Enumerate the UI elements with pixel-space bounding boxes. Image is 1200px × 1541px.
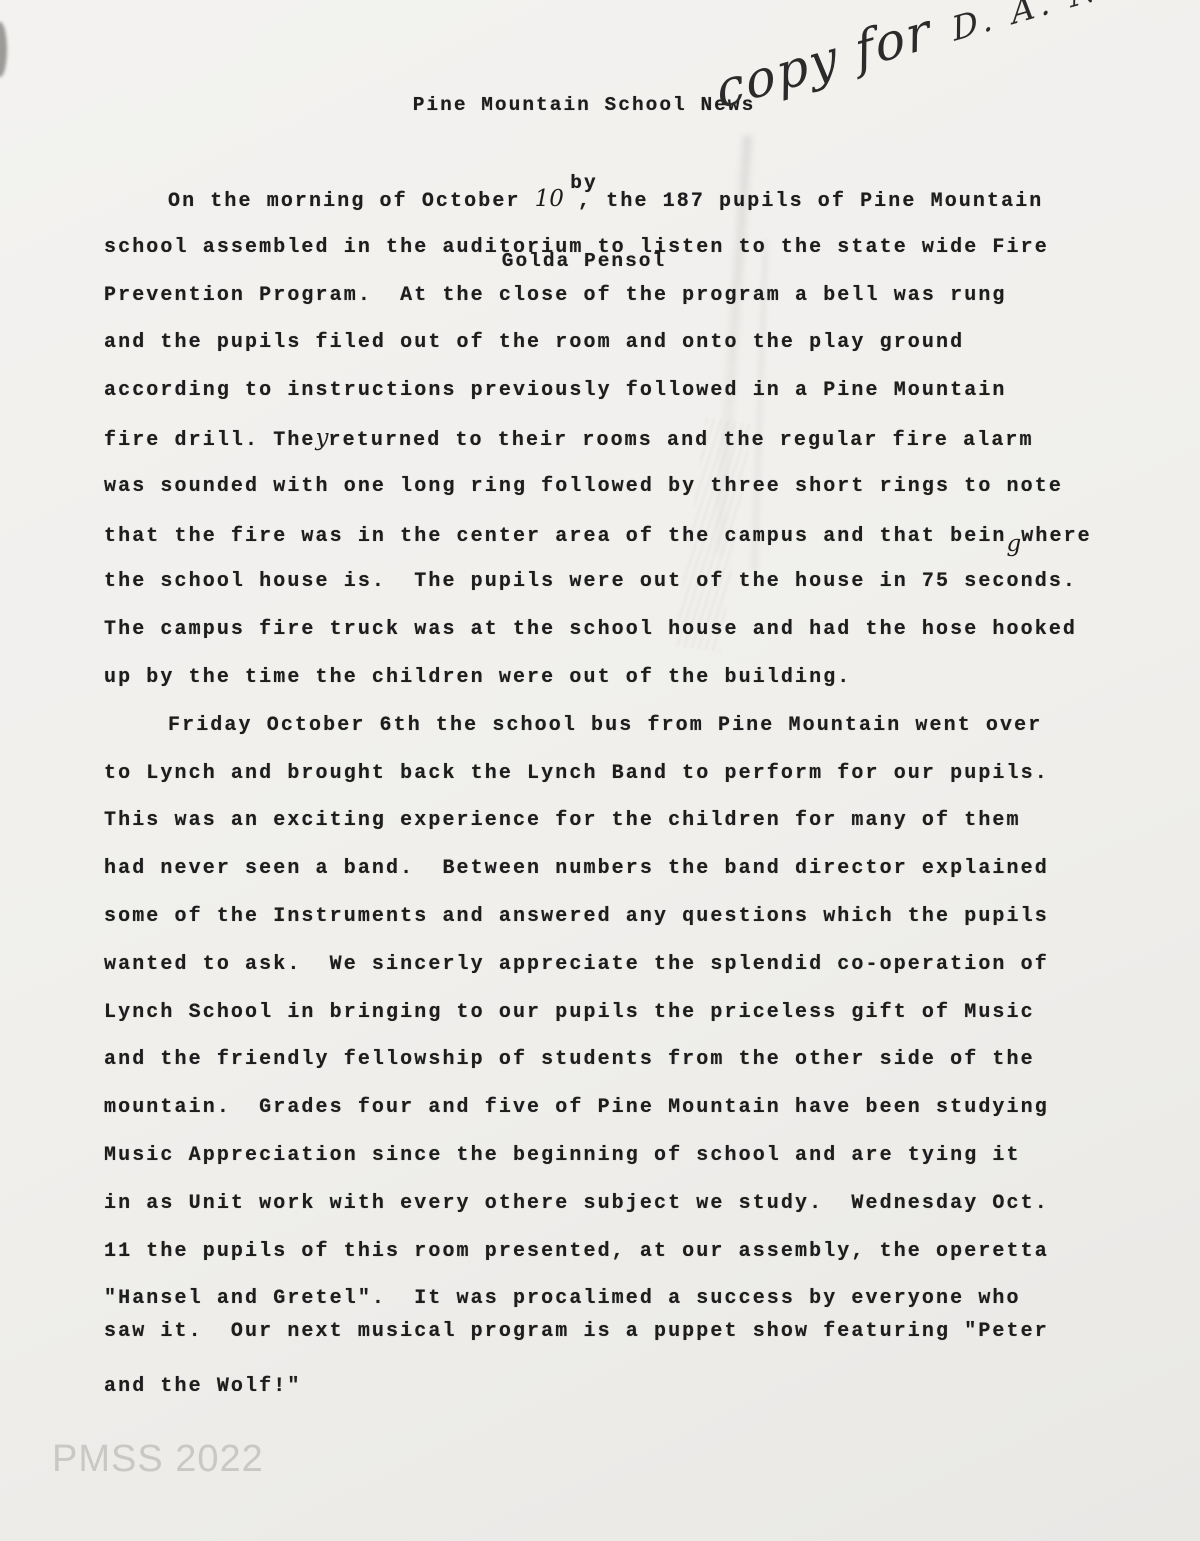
typed-line: and the friendly fellowship of students …: [104, 1036, 1164, 1084]
typed-text: and the Wolf!": [104, 1375, 301, 1398]
typed-text: had never seen a band. Between numbers t…: [104, 857, 1049, 880]
handwritten-insert: y: [316, 425, 329, 451]
typed-line: On the morning of October 10 , the 187 p…: [104, 176, 1164, 224]
typed-text: wanted to ask. We sincerly appreciate th…: [104, 953, 1049, 976]
typed-text: mountain. Grades four and five of Pine M…: [104, 1096, 1049, 1119]
typed-text: the school house is. The pupils were out…: [104, 570, 1077, 593]
typed-text: and the friendly fellowship of students …: [104, 1048, 1035, 1071]
typed-text: Music Appreciation since the beginning o…: [104, 1144, 1021, 1167]
typed-line: in as Unit work with every othere subjec…: [104, 1180, 1164, 1228]
typed-text: fire drill. The: [104, 429, 316, 452]
typed-text: Lynch School in bringing to our pupils t…: [104, 1001, 1035, 1024]
typed-line: up by the time the children were out of …: [104, 654, 1164, 702]
typed-text: saw it. Our next musical program is a pu…: [104, 1320, 1049, 1343]
typed-line: and the pupils filed out of the room and…: [104, 319, 1164, 367]
typed-text: On the morning of October: [168, 190, 535, 213]
typed-line: and the Wolf!": [104, 1363, 1164, 1411]
typed-text: The campus fire truck was at the school …: [104, 618, 1077, 641]
handwritten-annotation: copy for D. A. N.: [712, 0, 1118, 120]
typed-text: to Lynch and brought back the Lynch Band…: [104, 762, 1049, 785]
typed-line: mountain. Grades four and five of Pine M…: [104, 1084, 1164, 1132]
typed-line: was sounded with one long ring followed …: [104, 463, 1164, 511]
typed-line: had never seen a band. Between numbers t…: [104, 845, 1164, 893]
typed-text: "Hansel and Gretel". It was procalimed a…: [104, 1287, 1021, 1310]
typed-line: according to instructions previously fol…: [104, 367, 1164, 415]
typed-text: where: [1021, 525, 1092, 548]
typed-line: Friday October 6th the school bus from P…: [104, 702, 1164, 750]
typed-text: up by the time the children were out of …: [104, 666, 851, 689]
typed-line: saw it. Our next musical program is a pu…: [104, 1308, 1164, 1356]
typed-line: Music Appreciation since the beginning o…: [104, 1132, 1164, 1180]
typed-text: Prevention Program. At the close of the …: [104, 284, 1007, 307]
watermark: PMSS 2022: [52, 1438, 264, 1481]
typed-text: 11 the pupils of this room presented, at…: [104, 1240, 1049, 1263]
typed-line: fire drill. Theyreturned to their rooms …: [104, 415, 1164, 463]
typed-line: some of the Instruments and answered any…: [104, 893, 1164, 941]
typed-line: wanted to ask. We sincerly appreciate th…: [104, 941, 1164, 989]
typed-text: was sounded with one long ring followed …: [104, 475, 1063, 498]
typed-text: that the fire was in the center area of …: [104, 525, 1007, 548]
page-title: Pine Mountain School News: [403, 92, 765, 118]
typed-line: Prevention Program. At the close of the …: [104, 272, 1164, 320]
annotation-copy-for: copy for: [712, 1, 936, 120]
typed-text: , the 187 pupils of Pine Mountain: [564, 190, 1043, 213]
typed-line: that the fire was in the center area of …: [104, 511, 1164, 559]
typed-line: The campus fire truck was at the school …: [104, 606, 1164, 654]
typed-line: school assembled in the auditorium to li…: [104, 224, 1164, 272]
handwritten-insert: g: [1007, 521, 1022, 569]
typed-line: Lynch School in bringing to our pupils t…: [104, 989, 1164, 1037]
typed-line: 11 the pupils of this room presented, at…: [104, 1228, 1164, 1276]
typed-line: the school house is. The pupils were out…: [104, 558, 1164, 606]
typed-text: school assembled in the auditorium to li…: [104, 236, 1049, 259]
typed-text: and the pupils filed out of the room and…: [104, 331, 964, 354]
typed-text: returned to their rooms and the regular …: [329, 429, 1034, 452]
typed-text: This was an exciting experience for the …: [104, 809, 1021, 832]
typed-line: to Lynch and brought back the Lynch Band…: [104, 750, 1164, 798]
document-body: On the morning of October 10 , the 187 p…: [104, 176, 1164, 1411]
handwritten-insert: 10: [535, 186, 564, 212]
typed-text: in as Unit work with every othere subjec…: [104, 1192, 1049, 1215]
typed-text: according to instructions previously fol…: [104, 379, 1007, 402]
annotation-initials: D. A. N.: [949, 0, 1118, 49]
document-page: Pine Mountain School News by Golda Penso…: [0, 0, 1200, 1541]
typed-text: Friday October 6th the school bus from P…: [168, 714, 1042, 737]
paper-edge-mark: [0, 22, 7, 77]
typed-text: some of the Instruments and answered any…: [104, 905, 1049, 928]
typed-line: This was an exciting experience for the …: [104, 797, 1164, 845]
